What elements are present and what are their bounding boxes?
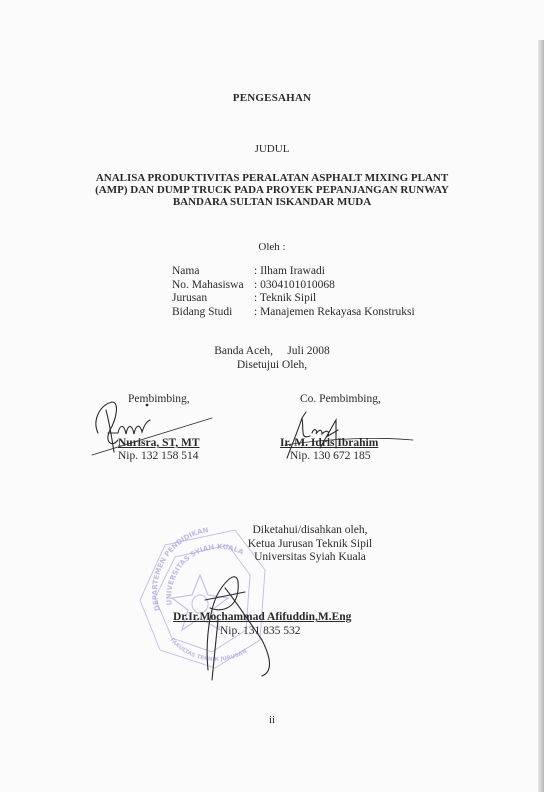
co-supervisor-signature [285,412,413,458]
supervisor-signature [92,402,212,455]
head-of-department-signature [205,577,270,680]
signatures [0,0,544,792]
page-number: ii [0,714,544,726]
